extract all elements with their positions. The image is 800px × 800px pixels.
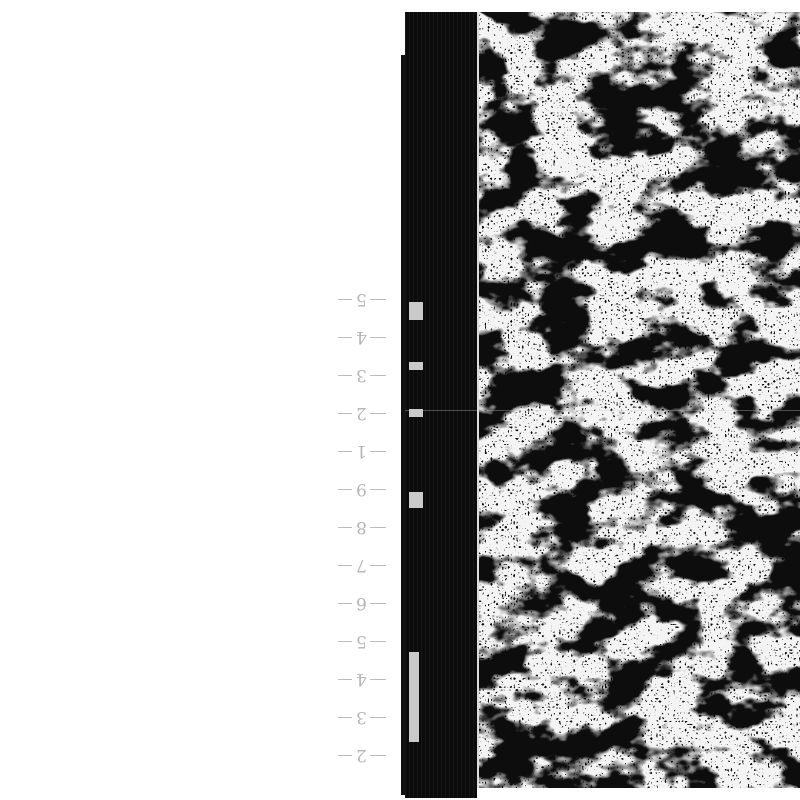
scale-number: 3 bbox=[356, 707, 367, 727]
marbled-cover bbox=[477, 12, 800, 788]
marble-pattern bbox=[479, 12, 800, 788]
scale-number: 3 bbox=[356, 365, 367, 385]
tick-line bbox=[370, 489, 386, 490]
scale-number: 8 bbox=[356, 517, 367, 537]
tick-line bbox=[370, 527, 386, 528]
tick-line bbox=[338, 489, 352, 490]
tick-line bbox=[338, 603, 352, 604]
tick-line bbox=[338, 337, 352, 338]
tick-line bbox=[370, 679, 386, 680]
tick-line bbox=[370, 755, 386, 756]
scale-tick: 5 bbox=[330, 282, 392, 316]
spine-mark bbox=[409, 362, 423, 370]
scale-number: 7 bbox=[356, 555, 367, 575]
book-spine bbox=[405, 12, 477, 798]
measuring-scale: 5432198765432 bbox=[330, 280, 392, 800]
tick-line bbox=[338, 375, 352, 376]
tick-line bbox=[370, 337, 386, 338]
spine-mark bbox=[409, 302, 423, 320]
scale-number: 9 bbox=[356, 479, 367, 499]
spine-worn-strip bbox=[409, 652, 419, 742]
scale-tick: 3 bbox=[330, 358, 392, 392]
scale-number: 6 bbox=[356, 593, 367, 613]
scale-tick: 1 bbox=[330, 434, 392, 468]
tick-line bbox=[370, 603, 386, 604]
tick-line bbox=[370, 375, 386, 376]
tick-line bbox=[370, 299, 386, 300]
scale-tick: 2 bbox=[330, 396, 392, 430]
scale-number: 4 bbox=[356, 327, 367, 347]
tick-line bbox=[370, 565, 386, 566]
tick-line bbox=[338, 755, 352, 756]
tick-line bbox=[338, 679, 352, 680]
tick-line bbox=[338, 299, 352, 300]
tick-line bbox=[338, 527, 352, 528]
scale-tick: 5 bbox=[330, 624, 392, 658]
scale-tick: 6 bbox=[330, 586, 392, 620]
scale-tick: 8 bbox=[330, 510, 392, 544]
scan-fold-line bbox=[405, 410, 800, 411]
tick-line bbox=[338, 717, 352, 718]
tick-line bbox=[370, 413, 386, 414]
tick-line bbox=[338, 413, 352, 414]
tick-line bbox=[370, 641, 386, 642]
tick-line bbox=[370, 717, 386, 718]
tick-line bbox=[338, 451, 352, 452]
scale-tick: 3 bbox=[330, 700, 392, 734]
spine-mark bbox=[409, 492, 423, 508]
scale-number: 1 bbox=[356, 441, 367, 461]
scale-tick: 9 bbox=[330, 472, 392, 506]
scale-number: 4 bbox=[356, 669, 367, 689]
scanned-page: 5432198765432 bbox=[0, 0, 800, 800]
scale-tick: 4 bbox=[330, 662, 392, 696]
scale-number: 5 bbox=[356, 631, 367, 651]
scale-tick: 4 bbox=[330, 320, 392, 354]
scale-tick: 7 bbox=[330, 548, 392, 582]
scale-number: 5 bbox=[356, 289, 367, 309]
scale-number: 2 bbox=[356, 403, 367, 423]
tick-line bbox=[370, 451, 386, 452]
scale-number: 2 bbox=[356, 745, 367, 765]
scale-tick: 2 bbox=[330, 738, 392, 772]
tick-line bbox=[338, 641, 352, 642]
tick-line bbox=[338, 565, 352, 566]
